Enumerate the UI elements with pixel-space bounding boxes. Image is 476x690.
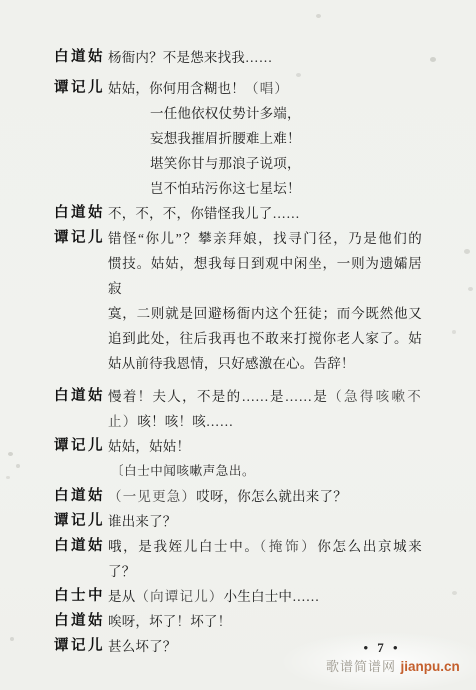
scanned-script-page: 白道姑杨衙内？不是怹来找我……谭记儿姑姑，你何用含糊也！（唱）一任他依权仗势计多… xyxy=(0,0,476,690)
scan-noise-speck xyxy=(16,464,20,468)
speaker-name: 谭记儿 xyxy=(54,634,108,659)
script-line: 〔白士中闻咳嗽声急出。 xyxy=(54,459,424,484)
dialogue-text: 了？ xyxy=(108,559,422,584)
dialogue-text: 姑从前待我恩情，只好感激在心。告辞！ xyxy=(108,351,422,376)
scan-noise-speck xyxy=(452,591,457,595)
script-line: 岂不怕玷污你这七星坛！ xyxy=(54,176,424,201)
speaker-name: 谭记儿 xyxy=(54,76,108,101)
speaker-name: 白道姑 xyxy=(54,609,108,634)
script-line: 姑从前待我恩情，只好感激在心。告辞！ xyxy=(54,351,424,376)
scan-noise-speck xyxy=(316,14,321,18)
inline-stage-direction: （向谭记儿） xyxy=(135,589,223,604)
dialogue-text: 错怪“你儿”？攀亲拜娘，找寻门径，乃是他们的 xyxy=(108,226,422,251)
dialogue-text: 唉呀，坏了！坏了！ xyxy=(108,609,422,634)
dialogue-text: 姑姑，姑姑！ xyxy=(108,434,422,459)
inline-stage-direction: （一见更急） xyxy=(108,489,196,504)
speaker-name xyxy=(54,151,108,176)
script-line: 白道姑不，不，不，你错怪我儿了…… xyxy=(54,201,424,226)
speaker-name: 谭记儿 xyxy=(54,509,108,534)
script-line: 了？ xyxy=(54,559,424,584)
scan-noise-speck xyxy=(296,73,301,77)
scan-noise-speck xyxy=(468,287,473,291)
speaker-name xyxy=(54,326,108,351)
script-line: 谭记儿谁出来了？ xyxy=(54,509,424,534)
speaker-name xyxy=(54,459,108,484)
dialogue-text: 惯技。姑姑，想我每日到观中闲坐，一则为遗孀居寂 xyxy=(108,251,422,301)
script-line: 妄想我摧眉折腰难上难！ xyxy=(54,126,424,151)
scan-noise-speck xyxy=(452,330,456,334)
script-line: 白道姑杨衙内？不是怹来找我…… xyxy=(54,45,424,70)
dialogue-text: 止）咳！咳！咳…… xyxy=(108,409,422,434)
scan-noise-speck xyxy=(8,452,13,456)
script-line: 白道姑（一见更急）哎呀，你怎么就出来了？ xyxy=(54,484,424,509)
speaker-name xyxy=(54,176,108,201)
speaker-name: 白道姑 xyxy=(54,484,108,509)
verse-line: 岂不怕玷污你这七星坛！ xyxy=(108,176,422,201)
dialogue-text: 不，不，不，你错怪我儿了…… xyxy=(108,201,422,226)
speaker-name xyxy=(54,559,108,584)
script-line: 白道姑慢着！夫人，不是的……是……是（急得咳嗽不 xyxy=(54,384,424,409)
speaker-name: 白道姑 xyxy=(54,201,108,226)
inline-stage-direction: （掩饰） xyxy=(260,539,318,554)
script-line: 白道姑唉呀，坏了！坏了！ xyxy=(54,609,424,634)
speaker-name xyxy=(54,351,108,376)
inline-stage-direction: （急得咳嗽不 xyxy=(328,389,422,404)
scan-noise-speck xyxy=(10,637,14,641)
speaker-name xyxy=(54,101,108,126)
dialogue-text: 谁出来了？ xyxy=(108,509,422,534)
dialogue-text: 哦，是我姪儿白士中。（掩饰）你怎么出京城来 xyxy=(108,534,422,559)
inline-stage-direction: （唱） xyxy=(245,81,289,96)
script-line: 惯技。姑姑，想我每日到观中闲坐，一则为遗孀居寂 xyxy=(54,251,424,301)
dialogue-text: （一见更急）哎呀，你怎么就出来了？ xyxy=(108,484,422,509)
scan-noise-speck xyxy=(464,249,470,254)
dialogue-text: 杨衙内？不是怹来找我…… xyxy=(108,45,422,70)
script-line: 追到此处，往后我再也不敢来打搅你老人家了。姑 xyxy=(54,326,424,351)
speaker-name xyxy=(54,126,108,151)
dialogue-text: 寞，二则就是回避杨衙内这个狂徒；而今既然他又 xyxy=(108,301,422,326)
speaker-name xyxy=(54,301,108,326)
dialogue-text: 追到此处，往后我再也不敢来打搅你老人家了。姑 xyxy=(108,326,422,351)
watermark-site-name: 歌谱简谱网 xyxy=(326,659,396,674)
page-number: • 7 • xyxy=(348,640,416,656)
inline-stage-direction: 止） xyxy=(108,414,137,429)
dialogue-text: 姑姑，你何用含糊也！（唱） xyxy=(108,76,422,101)
script-line: 寞，二则就是回避杨衙内这个狂徒；而今既然他又 xyxy=(54,301,424,326)
script-line: 白士中是从（向谭记儿）小生白士中…… xyxy=(54,584,424,609)
speaker-name: 白道姑 xyxy=(54,45,108,70)
speaker-name: 白道姑 xyxy=(54,384,108,409)
speaker-name: 谭记儿 xyxy=(54,226,108,251)
watermark: 歌谱简谱网 jianpu.cn xyxy=(326,656,460,676)
speaker-name xyxy=(54,409,108,434)
verse-line: 妄想我摧眉折腰难上难！ xyxy=(108,126,422,151)
speaker-name: 谭记儿 xyxy=(54,434,108,459)
verse-line: 堪笑你甘与那浪子说项， xyxy=(108,151,422,176)
stage-direction: 〔白士中闻咳嗽声急出。 xyxy=(108,459,425,484)
script-line: 谭记儿姑姑，你何用含糊也！（唱） xyxy=(54,76,424,101)
scan-noise-speck xyxy=(430,57,436,62)
scan-noise-speck xyxy=(6,476,10,479)
script-line: 堪笑你甘与那浪子说项， xyxy=(54,151,424,176)
script-line: 白道姑哦，是我姪儿白士中。（掩饰）你怎么出京城来 xyxy=(54,534,424,559)
script-line: 一任他依权仗势计多端， xyxy=(54,101,424,126)
speaker-name xyxy=(54,251,108,301)
script-line: 止）咳！咳！咳…… xyxy=(54,409,424,434)
speaker-name: 白道姑 xyxy=(54,534,108,559)
dialogue-text: 是从（向谭记儿）小生白士中…… xyxy=(108,584,422,609)
verse-line: 一任他依权仗势计多端， xyxy=(108,101,422,126)
script-line: 谭记儿姑姑，姑姑！ xyxy=(54,434,424,459)
watermark-site-url: jianpu.cn xyxy=(400,659,459,674)
script-line: 谭记儿错怪“你儿”？攀亲拜娘，找寻门径，乃是他们的 xyxy=(54,226,424,251)
speaker-name: 白士中 xyxy=(54,584,108,609)
script-text-block: 白道姑杨衙内？不是怹来找我……谭记儿姑姑，你何用含糊也！（唱）一任他依权仗势计多… xyxy=(54,45,424,659)
dialogue-text: 慢着！夫人，不是的……是……是（急得咳嗽不 xyxy=(108,384,422,409)
